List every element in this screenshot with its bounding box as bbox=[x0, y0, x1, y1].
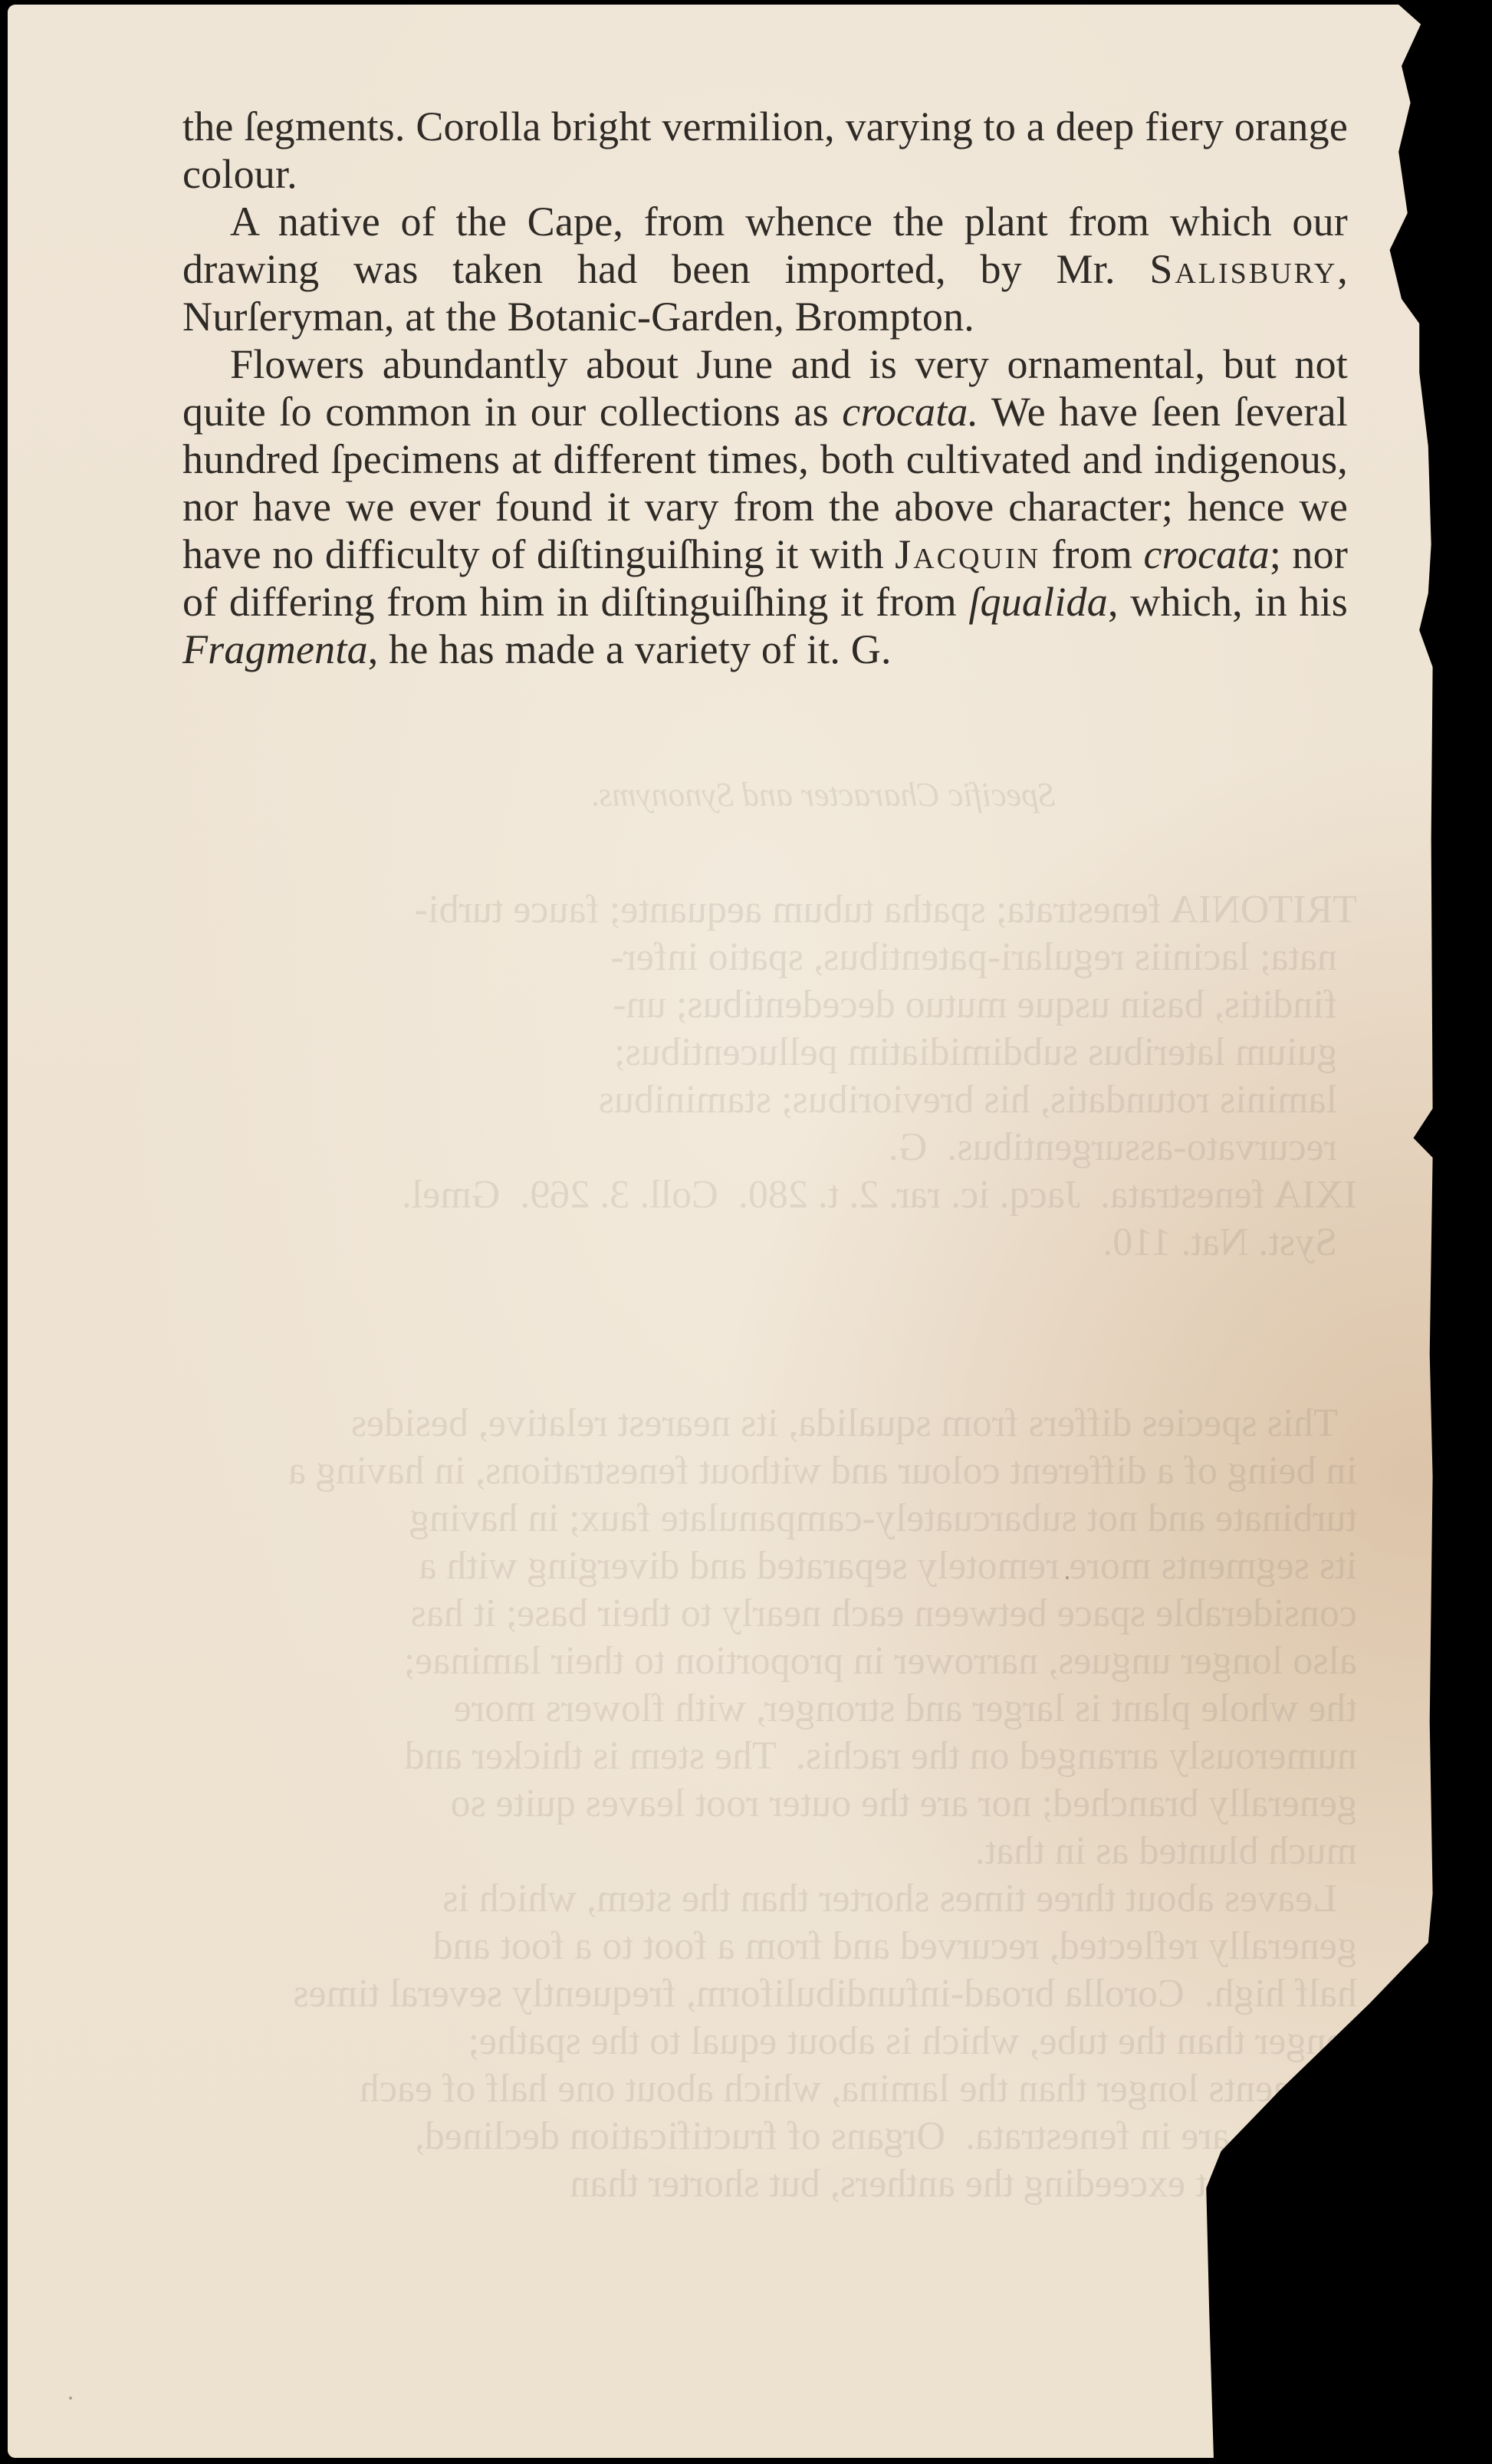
bleed-through-text-lower: This species differs from squalida, its … bbox=[207, 1400, 1357, 2255]
bleed-through-heading: Specific Character and Synonyms. bbox=[590, 771, 1055, 819]
paper-speck bbox=[1066, 1576, 1069, 1579]
italic-term: Fragmenta bbox=[182, 626, 368, 672]
italic-term: crocata bbox=[1143, 531, 1269, 577]
text-run: , he has made a variety of it. G. bbox=[368, 626, 892, 672]
text-run: the ſegments. Corolla bright vermilion, … bbox=[182, 103, 1348, 197]
text-run: from bbox=[1040, 531, 1144, 577]
paragraph-corolla-description: the ſegments. Corolla bright vermilion, … bbox=[182, 103, 1348, 198]
paper-speck bbox=[560, 227, 563, 230]
paragraph-flowering-notes: Flowers abundantly about June and is ver… bbox=[182, 340, 1348, 673]
body-text: the ſegments. Corolla bright vermilion, … bbox=[182, 103, 1348, 673]
name-smallcaps: Salisbury bbox=[1149, 246, 1337, 292]
italic-term: crocata. bbox=[842, 389, 978, 435]
paragraph-native-origin: A native of the Cape, from whence the pl… bbox=[182, 198, 1348, 340]
text-run: , which, in his bbox=[1108, 579, 1348, 625]
scanned-book-page: Specific Character and Synonyms. TRITONI… bbox=[8, 5, 1487, 2458]
bleed-through-text-upper: TRITONIA fenestrata; spatha tubum aequan… bbox=[207, 886, 1357, 1266]
paper-speck bbox=[69, 2397, 72, 2400]
italic-term: ſqualida bbox=[968, 579, 1108, 625]
name-smallcaps: Jacquin bbox=[895, 531, 1040, 577]
